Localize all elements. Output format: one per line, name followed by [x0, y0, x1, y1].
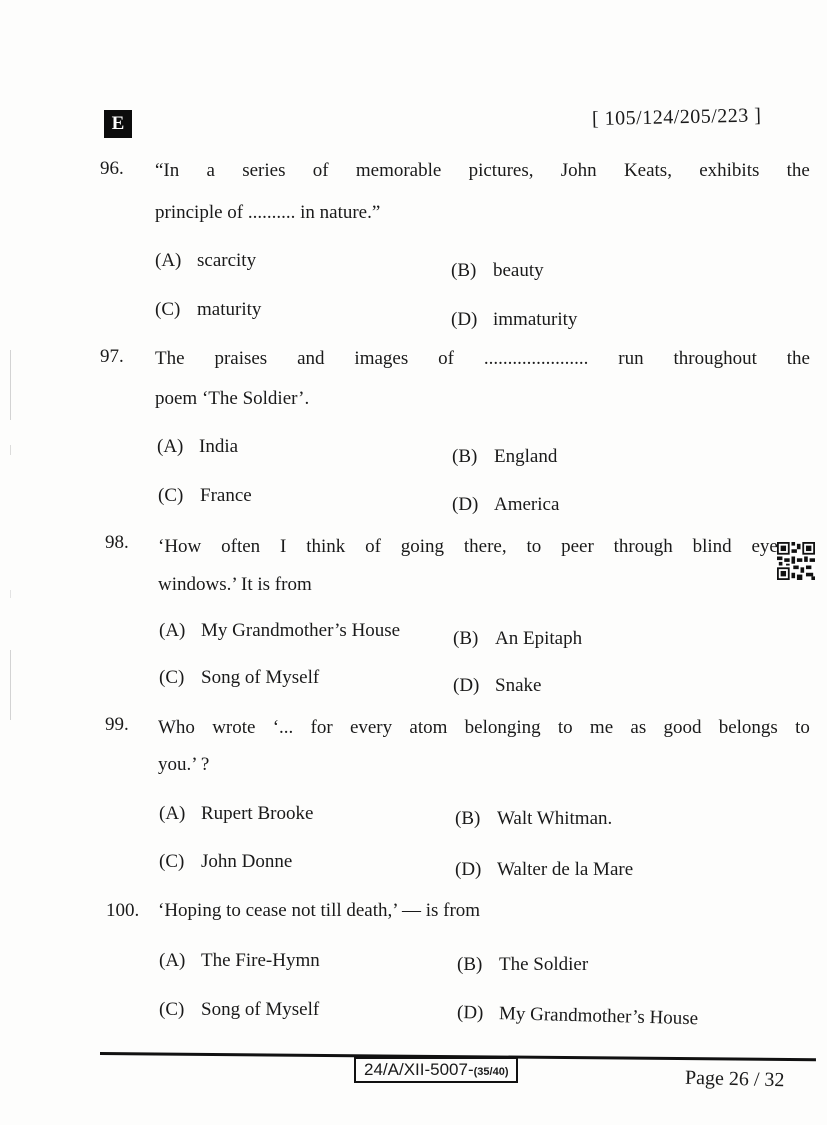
word: I [280, 536, 286, 558]
word: peer [561, 536, 594, 558]
qr-code-icon [777, 542, 815, 580]
word: throughout [673, 348, 756, 370]
word: “In [155, 160, 179, 182]
question-text-line2: principle of .......... in nature.” [155, 202, 380, 224]
word: to [795, 717, 810, 739]
word: and [297, 348, 324, 370]
word: going [401, 536, 444, 558]
word: belonging [465, 717, 541, 739]
question-number: 98. [105, 532, 129, 554]
word: ‘... [273, 717, 294, 739]
word: series [242, 160, 285, 182]
word: blind [693, 536, 732, 558]
word: pictures, [469, 160, 534, 182]
option-c[interactable]: (C)maturity [155, 299, 261, 321]
option-b[interactable]: (B)England [452, 446, 557, 468]
option-a[interactable]: (A)Rupert Brooke [159, 803, 313, 825]
word: for [311, 717, 333, 739]
question-text-line1: “Inaseriesofmemorablepictures,JohnKeats,… [155, 160, 810, 182]
word: Who [158, 717, 195, 739]
option-c[interactable]: (C)Song of Myself [159, 999, 319, 1021]
option-a[interactable]: (A)The Fire-Hymn [159, 950, 320, 972]
word: through [614, 536, 673, 558]
word: ‘How [158, 536, 201, 558]
word: good [663, 717, 701, 739]
word: memorable [356, 160, 441, 182]
word: think [306, 536, 345, 558]
option-c[interactable]: (C)Song of Myself [159, 667, 319, 689]
word: The [155, 348, 185, 370]
word: eye [752, 536, 778, 558]
word: as [630, 717, 646, 739]
question-text-line1: Thepraisesandimagesof...................… [155, 348, 810, 370]
option-d[interactable]: (D)immaturity [451, 309, 577, 331]
question-text-line2: you.’ ? [158, 754, 209, 776]
word: exhibits [699, 160, 759, 182]
question-number: 96. [100, 158, 124, 180]
option-b[interactable]: (B)beauty [451, 260, 544, 282]
option-a[interactable]: (A)scarcity [155, 250, 256, 272]
word: me [590, 717, 613, 739]
option-b[interactable]: (B)The Soldier [457, 954, 588, 976]
word: belongs [719, 717, 778, 739]
question-text-line2: windows.’ It is from [158, 574, 312, 596]
set-badge: E [104, 110, 132, 138]
word: often [221, 536, 260, 558]
option-d[interactable]: (D)America [452, 494, 559, 516]
word: a [207, 160, 215, 182]
option-a[interactable]: (A)India [157, 436, 238, 458]
word: atom [409, 717, 447, 739]
word: there, [464, 536, 507, 558]
word: run [618, 348, 643, 370]
option-b[interactable]: (B)An Epitaph [453, 628, 582, 650]
booklet-code: 24/A/XII-5007-(35/40) [354, 1057, 518, 1083]
word: the [787, 160, 810, 182]
option-d[interactable]: (D)Walter de la Mare [455, 859, 633, 881]
word: of [313, 160, 329, 182]
scan-margin-marks [10, 350, 12, 730]
question-number: 100. [106, 900, 139, 922]
question-number: 97. [100, 346, 124, 368]
option-d[interactable]: (D)Snake [453, 675, 541, 697]
word: of [365, 536, 381, 558]
word: to [558, 717, 573, 739]
word: wrote [212, 717, 255, 739]
question-text-line1: ‘Hoping to cease not till death,’ — is f… [158, 900, 480, 922]
option-a[interactable]: (A)My Grandmother’s House [159, 620, 400, 642]
exam-page: E [ 105/124/205/223 ] 96. “Inaseriesofme… [0, 0, 827, 1125]
word: every [350, 717, 392, 739]
word: John [561, 160, 597, 182]
word: the [787, 348, 810, 370]
word: ...................... [484, 348, 589, 370]
question-text-line1: ‘HowoftenIthinkofgoingthere,topeerthroug… [158, 536, 778, 558]
option-c[interactable]: (C)France [158, 485, 252, 507]
word: praises [214, 348, 267, 370]
word: Keats, [624, 160, 672, 182]
paper-code: [ 105/124/205/223 ] [592, 104, 762, 131]
word: of [438, 348, 454, 370]
question-text-line2: poem ‘The Soldier’. [155, 388, 309, 410]
option-b[interactable]: (B)Walt Whitman. [455, 808, 612, 830]
word: images [354, 348, 408, 370]
page-number: Page 26 / 32 [685, 1067, 785, 1093]
option-c[interactable]: (C)John Donne [159, 851, 292, 873]
question-text-line1: Whowrote‘...foreveryatombelongingtomeasg… [158, 717, 810, 739]
word: to [526, 536, 541, 558]
question-number: 99. [105, 714, 129, 736]
option-d[interactable]: (D)My Grandmother’s House [457, 1002, 699, 1030]
